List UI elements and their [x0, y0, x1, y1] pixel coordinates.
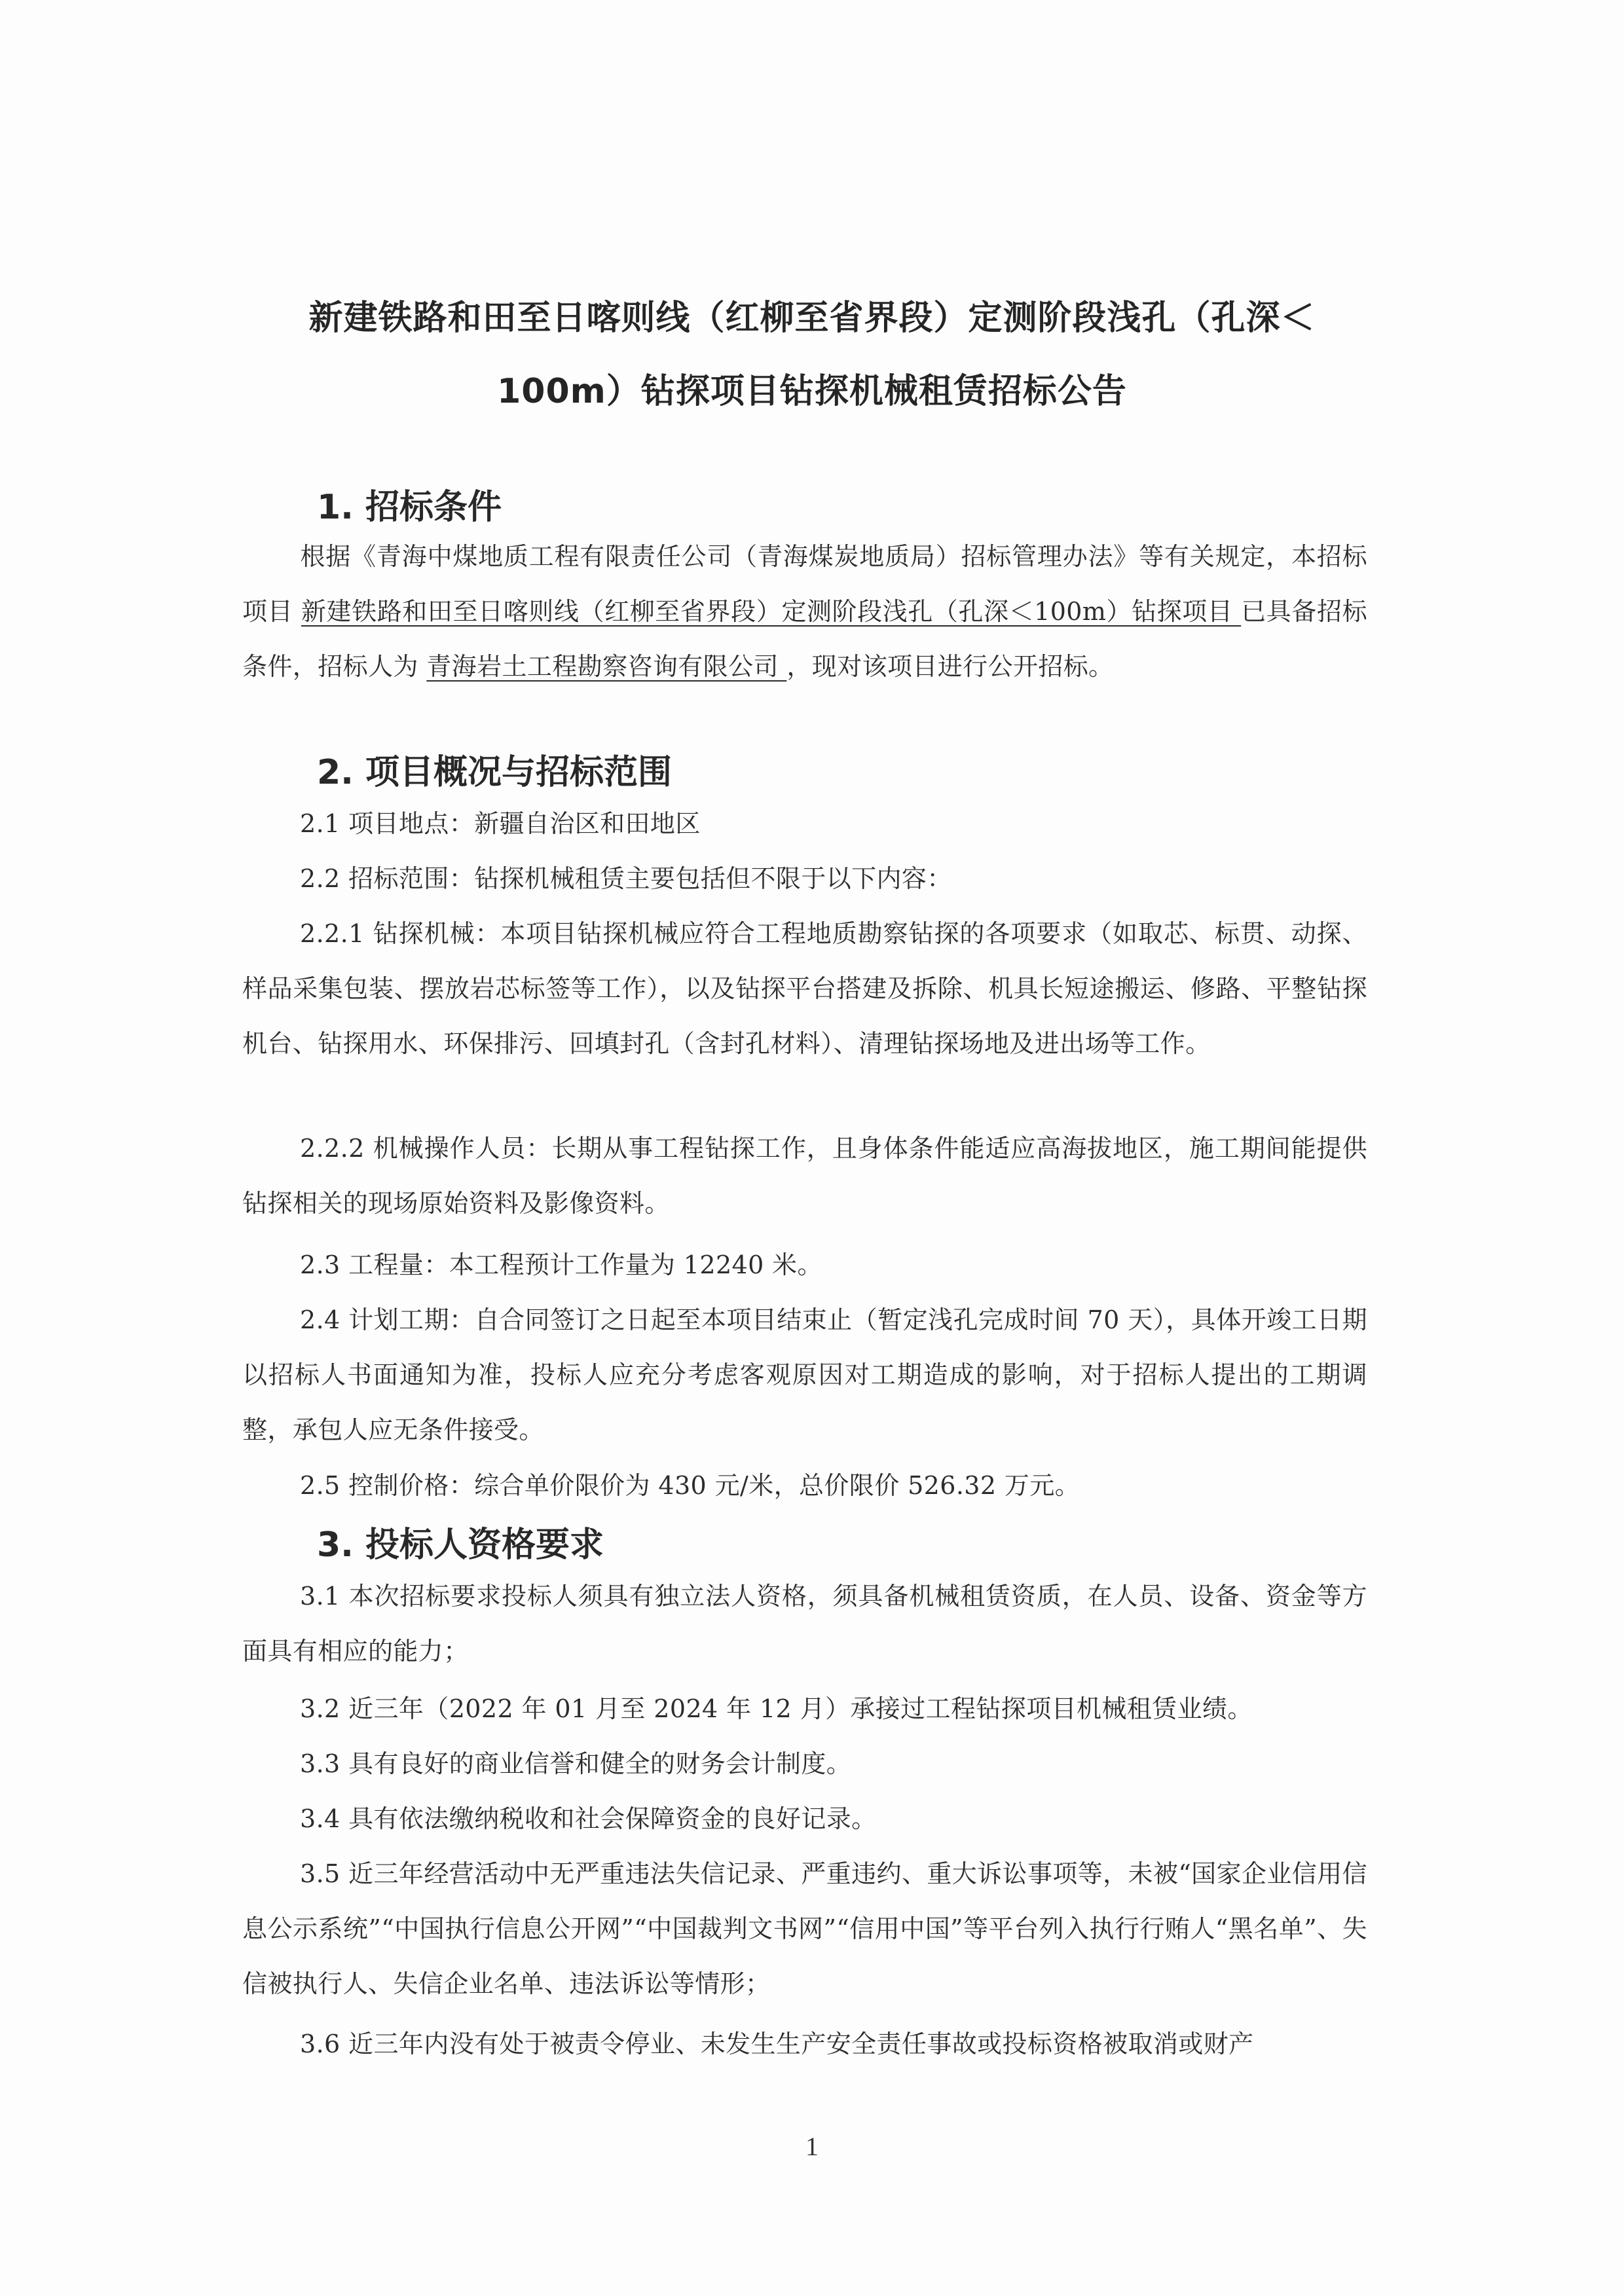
item-3-6: 3.6 近三年内没有处于被责令停业、未发生生产安全责任事故或投标资格被取消或财产	[242, 2016, 1367, 2071]
title-line-2: 100m）钻探项目钻探机械租赁招标公告	[223, 355, 1401, 428]
item-3-5: 3.5 近三年经营活动中无严重违法失信记录、严重违约、重大诉讼事项等，未被“国家…	[242, 1846, 1367, 2011]
item-text: 3.6 近三年内没有处于被责令停业、未发生生产安全责任事故或投标资格被取消或财产	[300, 2030, 1254, 2058]
item-3-1: 3.1 本次招标要求投标人须具有独立法人资格，须具备机械租赁资质，在人员、设备、…	[242, 1569, 1367, 1679]
tenderer-name: 青海岩土工程勘察咨询有限公司	[426, 652, 786, 681]
open-tender-text: ，现对该项目进行公开招标。	[786, 652, 1113, 681]
item-2-2-1: 2.2.1 钻探机械：本项目钻探机械应符合工程地质勘察钻探的各项要求（如取芯、标…	[242, 906, 1367, 1071]
item-2-4: 2.4 计划工期：自合同签订之日起至本项目结束止（暂定浅孔完成时间 70 天），…	[242, 1292, 1367, 1457]
document-page: 新建铁路和田至日喀则线（红柳至省界段）定测阶段浅孔（孔深＜ 100m）钻探项目钻…	[0, 0, 1624, 2296]
item-2-2: 2.2 招标范围：钻探机械租赁主要包括但不限于以下内容：	[242, 851, 1367, 906]
item-text: 3.2 近三年（2022 年 01 月至 2024 年 12 月）承接过工程钻探…	[300, 1694, 1253, 1723]
item-text: 2.2 招标范围：钻探机械租赁主要包括但不限于以下内容：	[300, 864, 952, 893]
item-2-5: 2.5 控制价格：综合单价限价为 430 元/米，总价限价 526.32 万元。	[242, 1458, 1367, 1513]
item-text: 2.3 工程量：本工程预计工作量为 12240 米。	[300, 1250, 822, 1279]
item-text: 2.2.1 钻探机械：本项目钻探机械应符合工程地质勘察钻探的各项要求（如取芯、标…	[242, 919, 1367, 1058]
item-text: 3.4 具有依法缴纳税收和社会保障资金的良好记录。	[300, 1804, 877, 1833]
document-title: 新建铁路和田至日喀则线（红柳至省界段）定测阶段浅孔（孔深＜ 100m）钻探项目钻…	[223, 282, 1401, 428]
item-3-2: 3.2 近三年（2022 年 01 月至 2024 年 12 月）承接过工程钻探…	[242, 1681, 1367, 1736]
item-text: 3.5 近三年经营活动中无严重违法失信记录、严重违约、重大诉讼事项等，未被“国家…	[242, 1859, 1367, 1998]
item-text: 2.2.2 机械操作人员：长期从事工程钻探工作，且身体条件能适应高海拔地区，施工…	[242, 1134, 1367, 1218]
item-2-1: 2.1 项目地点：新疆自治区和田地区	[242, 796, 1367, 851]
item-3-4: 3.4 具有依法缴纳税收和社会保障资金的良好记录。	[242, 1791, 1367, 1846]
page-number: 1	[786, 2131, 838, 2162]
item-text: 2.4 计划工期：自合同签订之日起至本项目结束止（暂定浅孔完成时间 70 天），…	[242, 1305, 1367, 1444]
title-line-1: 新建铁路和田至日喀则线（红柳至省界段）定测阶段浅孔（孔深＜	[223, 282, 1401, 355]
item-text: 3.3 具有良好的商业信誉和健全的财务会计制度。	[300, 1749, 851, 1778]
item-3-3: 3.3 具有良好的商业信誉和健全的财务会计制度。	[242, 1736, 1367, 1791]
item-2-3: 2.3 工程量：本工程预计工作量为 12240 米。	[242, 1237, 1367, 1292]
section-2-heading: 2. 项目概况与招标范围	[317, 753, 672, 792]
section-1-paragraph: 根据《青海中煤地质工程有限责任公司（青海煤炭地质局）招标管理办法》等有关规定，本…	[242, 529, 1367, 694]
section-1-heading: 1. 招标条件	[317, 488, 502, 527]
item-text: 2.5 控制价格：综合单价限价为 430 元/米，总价限价 526.32 万元。	[300, 1471, 1080, 1500]
item-text: 2.1 项目地点：新疆自治区和田地区	[300, 809, 701, 838]
item-2-2-2: 2.2.2 机械操作人员：长期从事工程钻探工作，且身体条件能适应高海拔地区，施工…	[242, 1121, 1367, 1231]
item-text: 3.1 本次招标要求投标人须具有独立法人资格，须具备机械租赁资质，在人员、设备、…	[242, 1582, 1367, 1666]
section-3-heading: 3. 投标人资格要求	[317, 1525, 604, 1565]
project-name: 新建铁路和田至日喀则线（红柳至省界段）定测阶段浅孔（孔深＜100m）钻探项目	[301, 597, 1241, 626]
